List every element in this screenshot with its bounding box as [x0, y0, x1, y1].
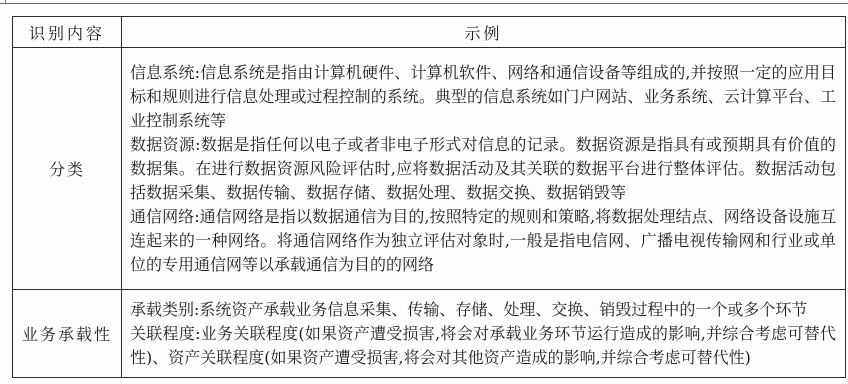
paragraph-information-system: 信息系统:信息系统是指由计算机硬件、计算机软件、网络和通信设备等组成的,并按照一… [130, 61, 836, 133]
header-cell-identification-content: 识别内容 [13, 17, 122, 48]
paragraph-data-resource: 数据资源:数据是指任何以电子或者非电子形式对信息的记录。数据资源是指具有或预期具… [130, 133, 836, 205]
page-top-rule [0, 3, 848, 4]
row-content-business-bearing: 承载类别:系统资产承载业务信息采集、传输、存储、处理、交换、销毁过程中的一个或多… [122, 290, 846, 378]
row-label-classification: 分类 [13, 48, 122, 290]
table-row-business-bearing: 业务承载性 承载类别:系统资产承载业务信息采集、传输、存储、处理、交换、销毁过程… [13, 290, 846, 378]
row-content-classification: 信息系统:信息系统是指由计算机硬件、计算机软件、网络和通信设备等组成的,并按照一… [122, 48, 846, 290]
row-label-business-bearing: 业务承载性 [13, 290, 122, 378]
asset-identification-table: 识别内容 示例 分类 信息系统:信息系统是指由计算机硬件、计算机软件、网络和通信… [12, 16, 846, 378]
paragraph-bearing-category: 承载类别:系统资产承载业务信息采集、传输、存储、处理、交换、销毁过程中的一个或多… [130, 298, 836, 322]
paragraph-association-degree: 关联程度:业务关联程度(如果资产遭受损害,将会对承载业务环节运行造成的影响,并综… [130, 322, 836, 370]
header-cell-example: 示例 [122, 17, 846, 48]
scanned-document-page: 识别内容 示例 分类 信息系统:信息系统是指由计算机硬件、计算机软件、网络和通信… [0, 0, 848, 384]
paragraph-communication-network: 通信网络:通信网络是指以数据通信为目的,按照特定的规则和策略,将数据处理结点、网… [130, 205, 836, 277]
table-header-row: 识别内容 示例 [13, 17, 846, 48]
page-top-left-stub [5, 0, 6, 4]
table-row-classification: 分类 信息系统:信息系统是指由计算机硬件、计算机软件、网络和通信设备等组成的,并… [13, 48, 846, 290]
